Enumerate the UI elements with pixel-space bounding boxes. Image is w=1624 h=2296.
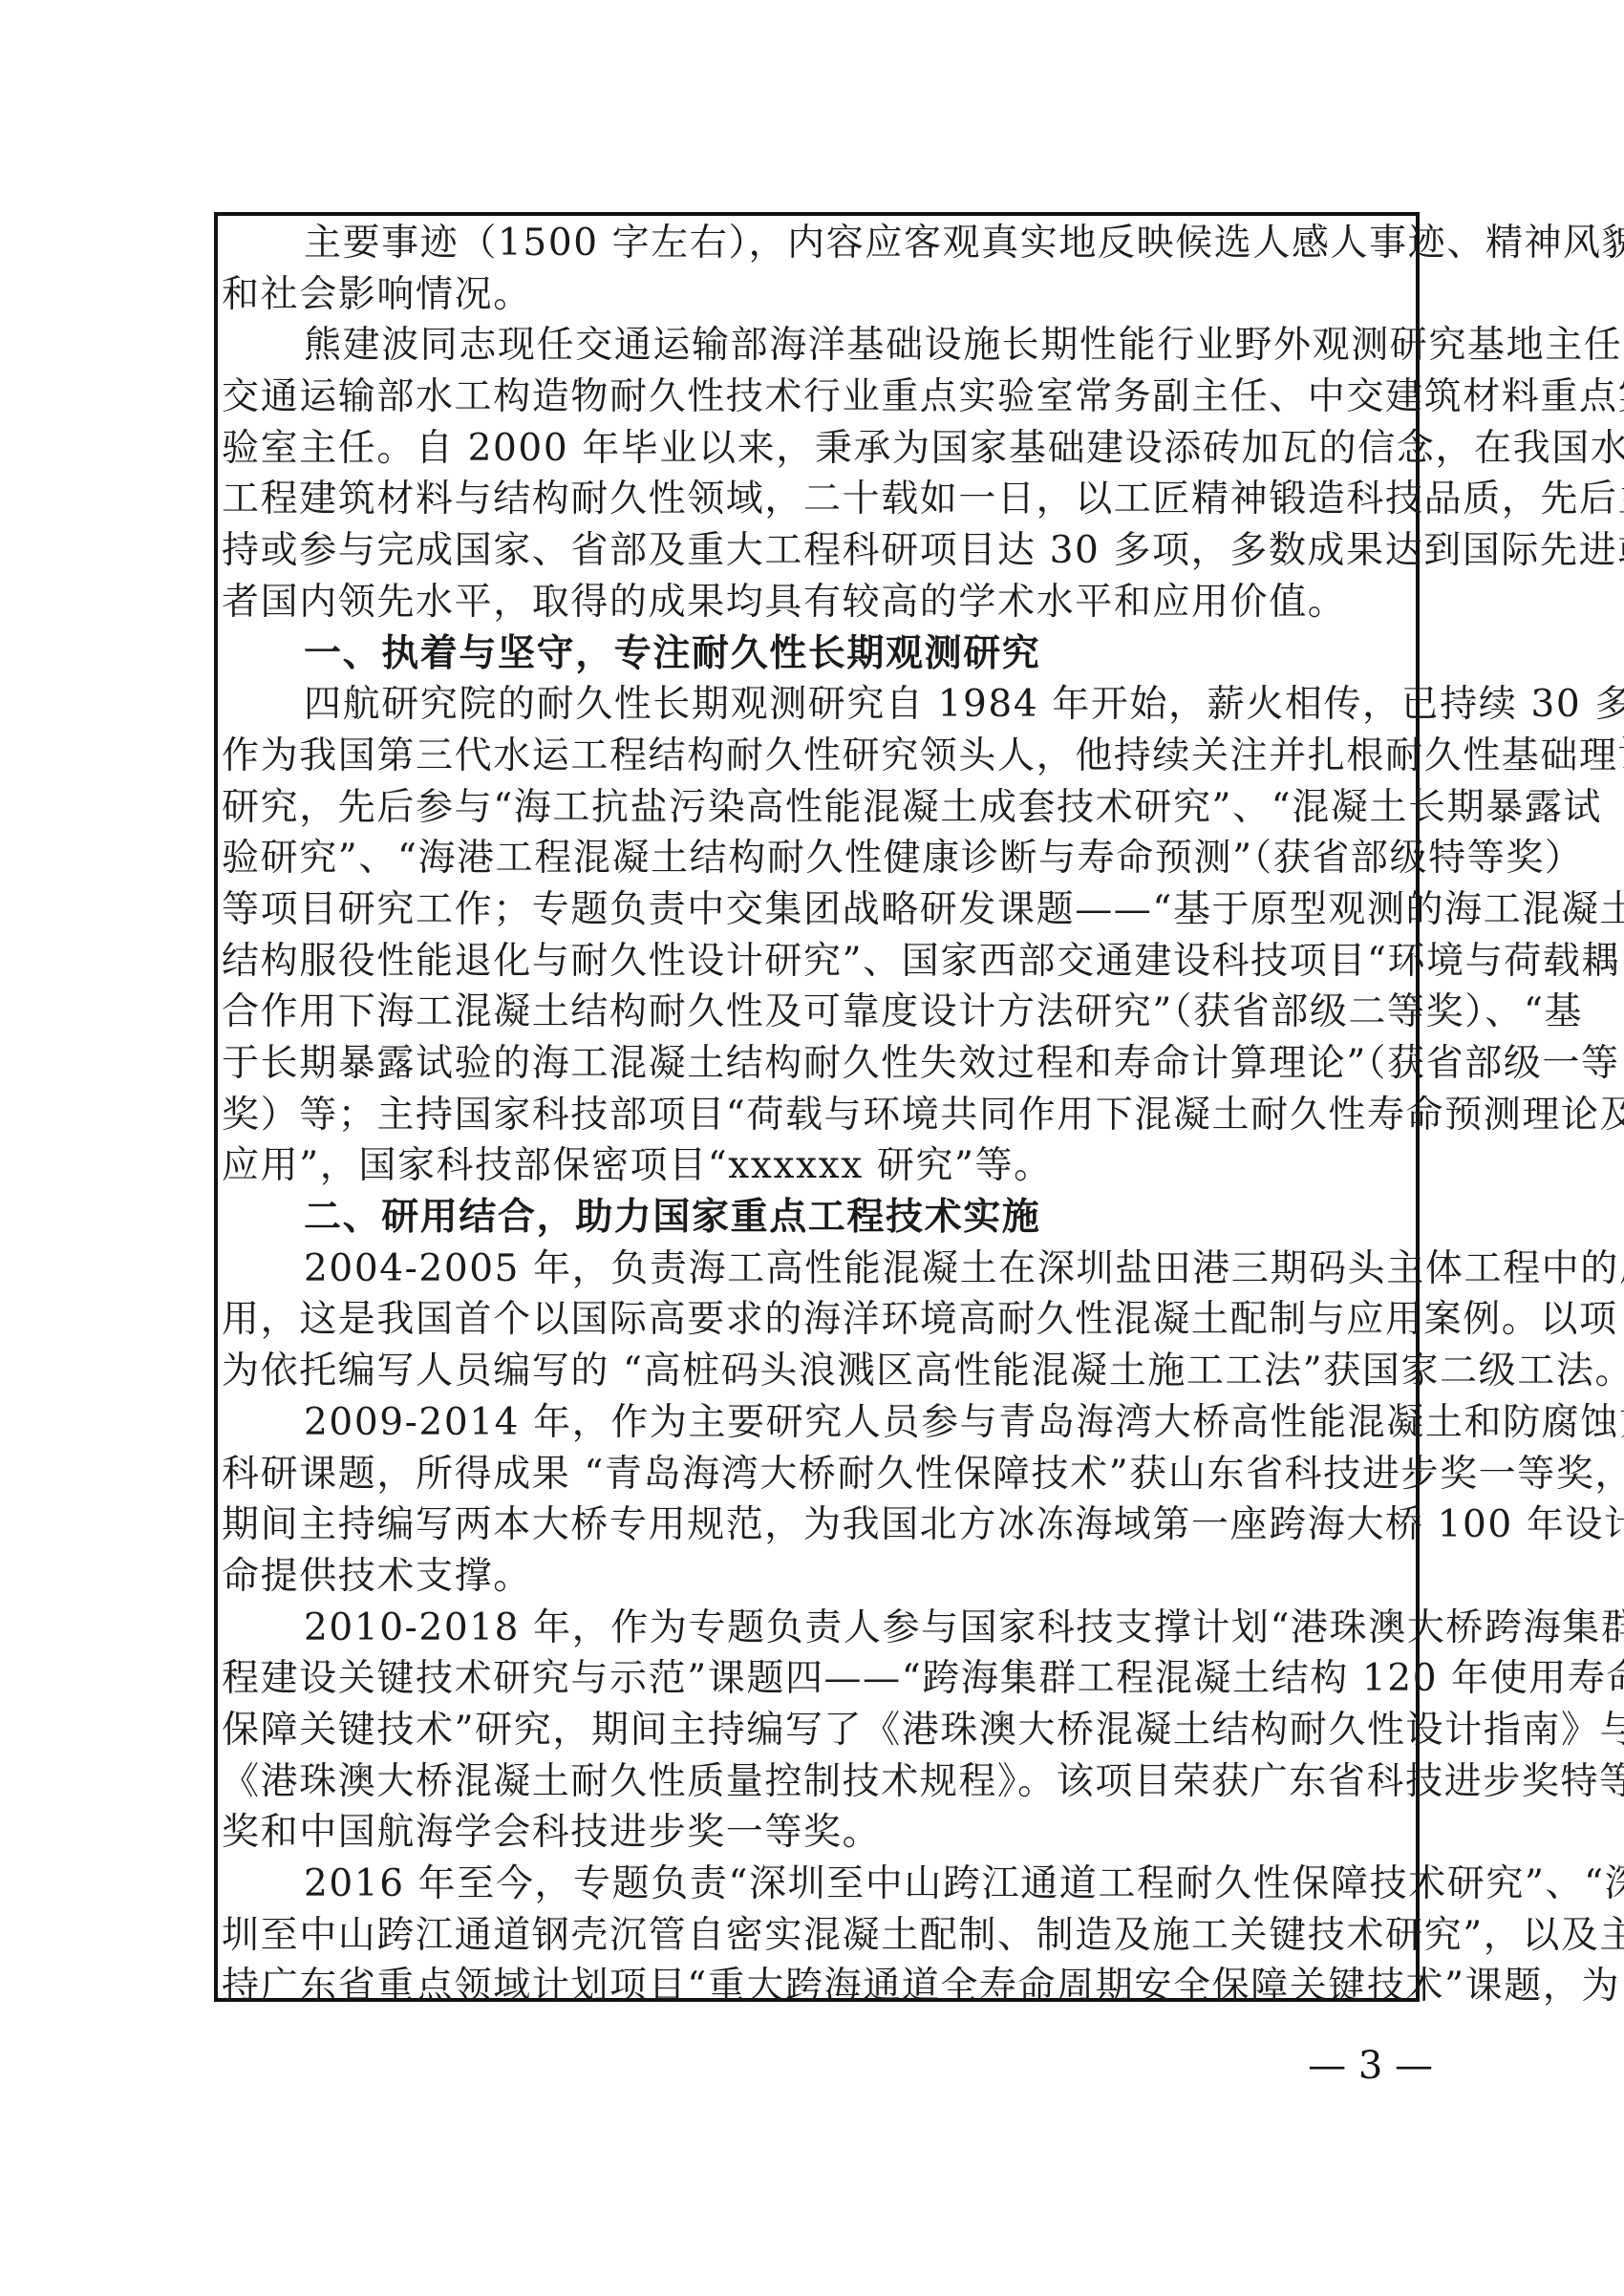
- text-line: 应用”，国家科技部保密项目“xxxxxx 研究”等。: [222, 1140, 1416, 1192]
- text-line: 2016 年至今，专题负责“深圳至中山跨江通道工程耐久性保障技术研究”、“深: [222, 1859, 1416, 1910]
- text-line: 用，这是我国首个以国际高要求的海洋环境高耐久性混凝土配制与应用案例。以项目: [222, 1294, 1416, 1346]
- document-page: 主要事迹（1500 字左右），内容应客观真实地反映候选人感人事迹、精神风貌和社会…: [0, 0, 1624, 2296]
- document-body: 主要事迹（1500 字左右），内容应客观真实地反映候选人感人事迹、精神风貌和社会…: [222, 218, 1416, 2012]
- text-line: 于长期暴露试验的海工混凝土结构耐久性失效过程和寿命计算理论”（获省部级一等: [222, 1038, 1416, 1090]
- text-line: 2009-2014 年，作为主要研究人员参与青岛海湾大桥高性能混凝土和防腐蚀方面: [222, 1397, 1416, 1449]
- text-line: 和社会影响情况。: [222, 269, 1416, 321]
- text-line: 保障关键技术”研究，期间主持编写了《港珠澳大桥混凝土结构耐久性设计指南》与: [222, 1705, 1416, 1756]
- page-number: — 3 —: [1280, 2044, 1433, 2088]
- text-line: 2010-2018 年，作为专题负责人参与国家科技支撑计划“港珠澳大桥跨海集群工: [222, 1603, 1416, 1654]
- section-heading: 二、研用结合，助力国家重点工程技术实施: [222, 1192, 1416, 1244]
- text-line: 2004-2005 年，负责海工高性能混凝土在深圳盐田港三期码头主体工程中的应: [222, 1244, 1416, 1295]
- section-heading: 一、执着与坚守，专注耐久性长期观测研究: [222, 628, 1416, 680]
- text-line: 四航研究院的耐久性长期观测研究自 1984 年开始，薪火相传，已持续 30 多年…: [222, 679, 1416, 731]
- text-line: 为依托编写人员编写的 “高桩码头浪溅区高性能混凝土施工工法”获国家二级工法。: [222, 1346, 1416, 1397]
- text-line: 《港珠澳大桥混凝土耐久性质量控制技术规程》。该项目荣获广东省科技进步奖特等: [222, 1756, 1416, 1808]
- text-line: 熊建波同志现任交通运输部海洋基础设施长期性能行业野外观测研究基地主任、: [222, 320, 1416, 372]
- text-line: 验室主任。自 2000 年毕业以来，秉承为国家基础建设添砖加瓦的信念，在我国水运: [222, 423, 1416, 475]
- text-line: 奖）等；主持国家科技部项目“荷载与环境共同作用下混凝土耐久性寿命预测理论及: [222, 1090, 1416, 1141]
- text-line: 工程建筑材料与结构耐久性领域，二十载如一日，以工匠精神锻造科技品质，先后主: [222, 474, 1416, 525]
- text-line: 程建设关键技术研究与示范”课题四——“跨海集群工程混凝土结构 120 年使用寿命: [222, 1653, 1416, 1705]
- text-line: 持或参与完成国家、省部及重大工程科研项目达 30 多项，多数成果达到国际先进或: [222, 525, 1416, 577]
- text-line: 期间主持编写两本大桥专用规范，为我国北方冰冻海域第一座跨海大桥 100 年设计寿: [222, 1499, 1416, 1551]
- text-line: 者国内领先水平，取得的成果均具有较高的学术水平和应用价值。: [222, 577, 1416, 628]
- text-line: 科研课题，所得成果 “青岛海湾大桥耐久性保障技术”获山东省科技进步奖一等奖，: [222, 1449, 1416, 1500]
- text-line: 作为我国第三代水运工程结构耐久性研究领头人，他持续关注并扎根耐久性基础理论: [222, 731, 1416, 782]
- text-line: 奖和中国航海学会科技进步奖一等奖。: [222, 1807, 1416, 1859]
- text-line: 结构服役性能退化与耐久性设计研究”、国家西部交通建设科技项目“环境与荷载耦: [222, 936, 1416, 988]
- text-line: 合作用下海工混凝土结构耐久性及可靠度设计方法研究”（获省部级二等奖）、“基: [222, 987, 1416, 1038]
- text-line: 等项目研究工作；专题负责中交集团战略研发课题——“基于原型观测的海工混凝土: [222, 884, 1416, 936]
- text-line: 交通运输部水工构造物耐久性技术行业重点实验室常务副主任、中交建筑材料重点实: [222, 372, 1416, 423]
- text-line: 研究，先后参与“海工抗盐污染高性能混凝土成套技术研究”、“混凝土长期暴露试: [222, 782, 1416, 834]
- text-line: 持广东省重点领域计划项目“重大跨海通道全寿命周期安全保障关键技术”课题，为: [222, 1961, 1416, 2012]
- text-line: 圳至中山跨江通道钢壳沉管自密实混凝土配制、制造及施工关键技术研究”，以及主: [222, 1910, 1416, 1962]
- text-line: 主要事迹（1500 字左右），内容应客观真实地反映候选人感人事迹、精神风貌: [222, 218, 1416, 269]
- text-line: 验研究”、“海港工程混凝土结构耐久性健康诊断与寿命预测”（获省部级特等奖）: [222, 833, 1416, 884]
- text-line: 命提供技术支撑。: [222, 1551, 1416, 1603]
